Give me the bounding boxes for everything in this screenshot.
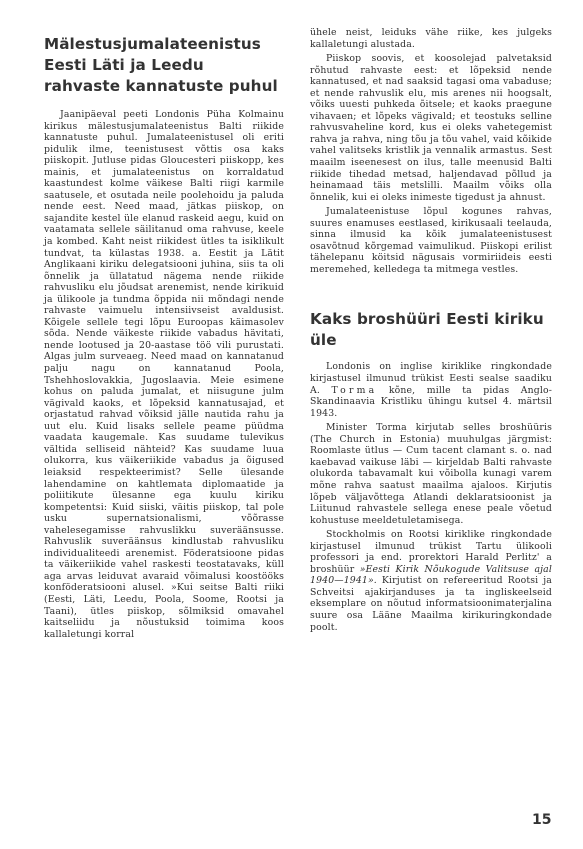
section-gap — [310, 275, 552, 309]
right-column: ühele neist, leiduks vähe riike, kes jul… — [310, 27, 552, 633]
article-paragraph: Stockholmis on Rootsi kiriklike ringkond… — [310, 529, 552, 633]
document-page: Mälestusjumalateenistus Eesti Läti ja Le… — [0, 0, 583, 849]
article-paragraph: Piiskop soovis, et koosolejad palvetaksi… — [310, 53, 552, 203]
article-title-memorial-service: Mälestusjumalateenistus Eesti Läti ja Le… — [44, 34, 284, 97]
left-column: Mälestusjumalateenistus Eesti Läti ja Le… — [44, 34, 284, 640]
page-number: 15 — [532, 812, 551, 828]
spaced-name-torma: Torma — [331, 385, 377, 396]
article-paragraph-continued: ühele neist, leiduks vähe riike, kes jul… — [310, 27, 552, 50]
article-title-two-brochures: Kaks broshüüri Eesti kiriku üle — [310, 309, 552, 351]
article-paragraph: Jaanipäeval peeti Londonis Püha Kolmainu… — [44, 109, 284, 640]
article-paragraph: Jumalateenistuse lõpul kogunes rahvas, s… — [310, 206, 552, 275]
article-paragraph: Minister Torma kirjutab selles broshüüri… — [310, 422, 552, 526]
article-paragraph: Londonis on inglise kiriklike ringkondad… — [310, 361, 552, 419]
